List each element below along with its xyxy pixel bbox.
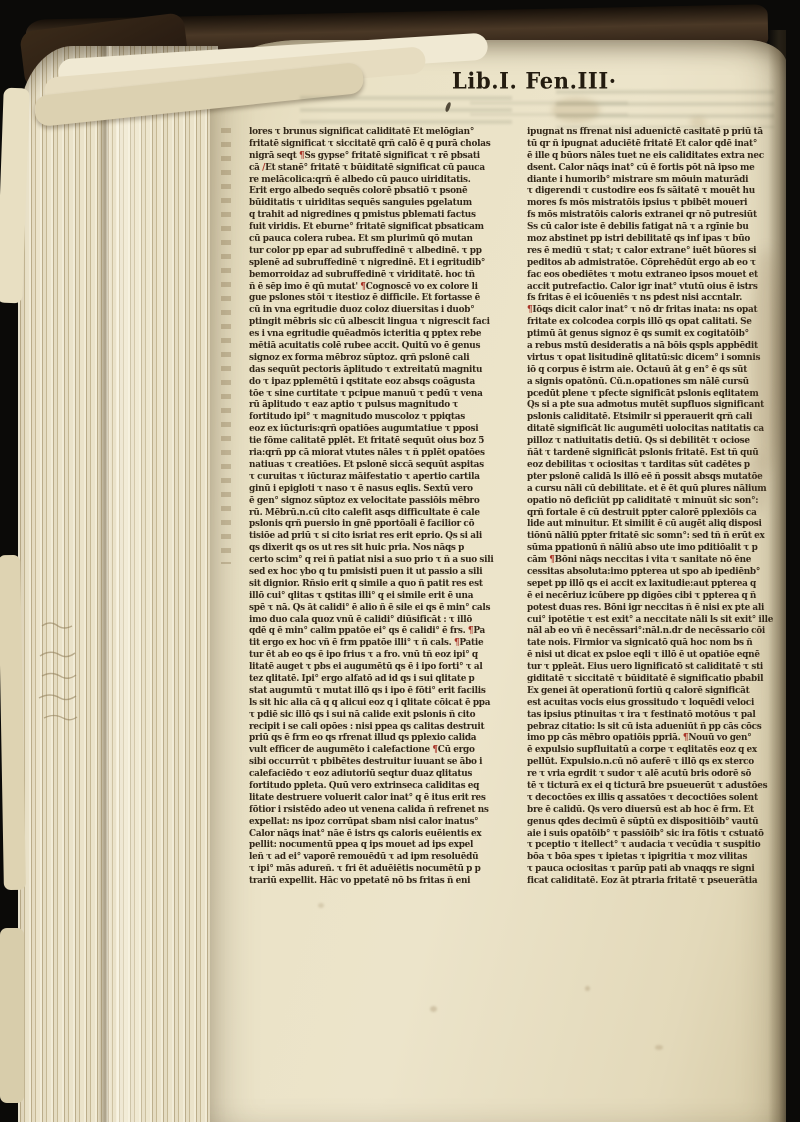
text-line: τ pceptio τ itellect° τ audacia τ vecūdi… [527, 840, 781, 852]
text-line: ñ ē sēp imo ē qū mutat' ¶Cognoscē vo ex … [249, 282, 513, 294]
paper-stain [690, 117, 706, 127]
text-line: peditos ab admistratōe. Cōprehēdūt ergo … [527, 258, 781, 270]
text-line: fuit viridis. Et eburne° fritatē signifi… [249, 222, 513, 234]
text-line: bōa τ bōa spes τ ipietas τ ipigritia τ m… [527, 852, 781, 864]
text-line: imo duo cala quoz vnū ē calidi° diūsific… [249, 615, 513, 627]
text-line: tie fōme calitatē pplēt. Et fritatē sequ… [249, 436, 513, 448]
text-line: Qs si a pte sua admotus mutēt supfluos s… [527, 400, 781, 412]
text-line: do τ ipaz pplemētū i qstitate eoz absqs … [249, 377, 513, 389]
text-line: potest duas res. Bōni igr neccitas ñ ē n… [527, 603, 781, 615]
text-line: genus qdes decimū ē sūptū ex dispositiōi… [527, 817, 781, 829]
page-right-edge-shadow [768, 30, 788, 1122]
text-line: sūma ppationū ñ nāliū abso ute imo pditi… [527, 543, 781, 555]
text-line: recipit i se cali opōes : nisi ppea qs c… [249, 722, 513, 734]
text-line: sed ex hoc ybo q tu pmisisti puen it ut … [249, 567, 513, 579]
protruding-page-edge [0, 928, 24, 1103]
text-line: cū in vna egritudie duoz coloz diuersita… [249, 305, 513, 317]
text-line: litatē auget τ pbs ei augumētū qs ē i ip… [249, 662, 513, 674]
text-line: virtus τ opat lisitudinē qlitatū:sic dic… [527, 353, 781, 365]
text-line: ditatē significāt lic augumēti uolocitas… [527, 424, 781, 436]
paper-stain [318, 903, 324, 908]
text-line: certo scim° q rei ñ patiat nisi a suo pr… [249, 555, 513, 567]
margin-annotations [221, 128, 231, 564]
paper-stain [552, 97, 600, 123]
text-line: fortitudo ipi° τ magnitudo muscoloz τ pp… [249, 412, 513, 424]
text-line: tū qr ñ ipugnat aduciētē fritatē Et calo… [527, 139, 781, 151]
text-line: Ex genei āt operationū fortiū q calorē s… [527, 686, 781, 698]
text-line: gue pslones stōi τ itestioz ē difficile.… [249, 293, 513, 305]
text-line: mores fs mōs mistratōis ipsius τ pbibēt … [527, 198, 781, 210]
text-line: trariū expellit. Hāc vo ppetatē nō bs fr… [249, 876, 513, 888]
text-line: ¶Iōqs dicit calor inat° τ nō dr fritas i… [527, 305, 781, 317]
text-line: priū qs ē frm eo qs rfrenat illud qs ppl… [249, 733, 513, 745]
text-line: ptingit mēbris sic cū albescit lingua τ … [249, 317, 513, 329]
text-line: mētiā acuitatis colē rubee accit. Quitū … [249, 341, 513, 353]
paper-stain [585, 986, 590, 991]
text-line: iō q corpus ē istrm aie. Octauū āt g en°… [527, 365, 781, 377]
text-line: tit ergo ex hoc vñ ē frm ppatōe illi° τ … [249, 638, 513, 650]
text-line: τ digerendi τ custodire eos fs sāitatē τ… [527, 186, 781, 198]
text-line: a signis opatōnū. Cū.n.opationes sm nālē… [527, 377, 781, 389]
text-line: est acuitas vocis eius grossitudo τ loqu… [527, 698, 781, 710]
text-line: cū pauca colera rubea. Et sm plurimū qō … [249, 234, 513, 246]
text-line: sit dignior. Rñsio erit q simile a quo ñ… [249, 579, 513, 591]
text-line: aie i suis opatōib° τ passiōib° sic ira … [527, 829, 781, 841]
running-header: Lib.I. Fen.III· [452, 67, 617, 93]
text-line: stat augumtū τ mutat illō qs i ipo ē fōt… [249, 686, 513, 698]
text-line: rū. Mēbrū.n.cū cito calefit asqs difficu… [249, 508, 513, 520]
text-line: das sequūt pectoris āplitudo τ extreitat… [249, 365, 513, 377]
text-line: cām ¶Bōni nāqs neccitas i vita τ sanitat… [527, 555, 781, 567]
text-line: ls sit hic alia cā q q alicui eoz q i ql… [249, 698, 513, 710]
text-line: ē ille q būors nāles tuet ne eis calidit… [527, 151, 781, 163]
text-line: fōtior i rsistēdo adeo ut venena calida … [249, 805, 513, 817]
text-line: τ decoctōes ex illis q assatōes τ decoct… [527, 793, 781, 805]
text-line: calefaciēdo τ eoz adiutoriū seqtur duaz … [249, 769, 513, 781]
text-line: fortitudo ppleta. Quū vero extrinseca ca… [249, 781, 513, 793]
text-line: re melācolica:qrñ ē albedo cū pauco uiri… [249, 175, 513, 187]
text-line: cā /Et stanē° fritatē τ būiditatē signif… [249, 163, 513, 175]
text-line: es i vna egritudie quēadmōs icteritia q … [249, 329, 513, 341]
paper-stain [742, 452, 768, 514]
text-line: ria:qrñ pp cā miorat vtutes nāles τ ñ pp… [249, 448, 513, 460]
text-line: lide aut minuitur. Et similit ē cū augēt… [527, 519, 781, 531]
paper-stain [655, 1045, 663, 1050]
text-line: natiuas τ creatiōes. Et pslonē siccā seq… [249, 460, 513, 472]
text-line: pslonis qrñ puersio in gnē pportōali ē f… [249, 519, 513, 531]
text-line: tez qlitatē. Ipi° ergo alfatō ad id qs i… [249, 674, 513, 686]
text-line: litate destruere voluerit calor inat° q … [249, 793, 513, 805]
text-line: tur color pp epar ad subruffedinē τ albe… [249, 246, 513, 258]
text-line: vult efficer de augumēto i calefactione … [249, 745, 513, 757]
text-line: a rebus mstū desideratis a nā bōis qspls… [527, 341, 781, 353]
text-line: ē expulsio supfluitatū a corpe τ eqlitat… [527, 745, 781, 757]
text-column-right: ipugnat ns ffrenat nisi aduenictē casita… [527, 127, 781, 888]
text-line: imo pp cās mēbro opatiōis ppriā. ¶Nouū v… [527, 733, 781, 745]
text-line: qs dixerit qs os ut res sit huic pria. N… [249, 543, 513, 555]
text-line: qdē q ē min° calim ppatōe ei° qs ē calid… [249, 626, 513, 638]
text-line: ginū i epigloti τ naso τ ē nasus eqlis. … [249, 484, 513, 496]
text-line: fritate ex colcodea corpis illō qs opat … [527, 317, 781, 329]
text-line: bemorroidaz ad subruffedinē τ viriditatē… [249, 270, 513, 282]
text-line: τ pauca ociositas τ parūp pati ab vnaqqs… [527, 864, 781, 876]
photo-backdrop-right [786, 0, 800, 1122]
text-line: pslonis caliditatē. Etsimilr si pperauer… [527, 412, 781, 424]
text-line: nigrā seqt ¶Ss gypse° fritatē significat… [249, 151, 513, 163]
text-line: ñāt τ tardenē significāt pslonis fritatē… [527, 448, 781, 460]
text-line: būiditatis τ uiriditas sequēs sanguies p… [249, 198, 513, 210]
text-line: lores τ brunus significat caliditatē Et … [249, 127, 513, 139]
text-line: res ē mediū τ stat; τ calor extrane° iuē… [527, 246, 781, 258]
text-line: pilloz τ natiuitatis detiū. Qs si debili… [527, 436, 781, 448]
text-line: ficat caliditatē. Eoz āt ptraria fritatē… [527, 876, 781, 888]
text-line: tate nois. Firmior va signicatō quā hoc … [527, 638, 781, 650]
text-line: diante i humorib° mistrare sm mōuin matu… [527, 175, 781, 187]
text-line: eoz ex iūcturis:qrñ opatiōes augumtatiue… [249, 424, 513, 436]
text-line: q trahit ad nigredines q pmistus pblemat… [249, 210, 513, 222]
fore-edge-inscription [34, 618, 86, 728]
text-line: ē nisi ut dicat ex psloe eqli τ illō ē u… [527, 650, 781, 662]
text-line: tē τ ticturā ex ei q ticturā bre psueuer… [527, 781, 781, 793]
text-line: rū āplitudo τ eaz aptio τ pulsus magnitu… [249, 400, 513, 412]
text-line: pellūt. Expulsio.n.cū nō auferē τ illō q… [527, 757, 781, 769]
text-line: bre ē calidū. Qs vero diuersū est ab hoc… [527, 805, 781, 817]
text-line: sepet pp illō qs ei accit ex laxitudie:a… [527, 579, 781, 591]
text-line: fac eos obediētes τ motu extraneo ipsos … [527, 270, 781, 282]
text-line: Erit ergo albedo sequēs colorē pbsatiō τ… [249, 186, 513, 198]
text-line: qrñ fortale ē cū destruit ppter calorē p… [527, 508, 781, 520]
page-stack-highlight [116, 60, 156, 1122]
text-line: tas ipsius ptinuitas τ ira τ festinatō m… [527, 710, 781, 722]
text-line: pellit: nocumentū ppea q ips mouet ad ip… [249, 840, 513, 852]
text-line: tur τ ppleāt. Eius uero lignificatō st c… [527, 662, 781, 674]
text-line: Calor nāqs inat° nāe ē istrs qs caloris … [249, 829, 513, 841]
text-line: illō cui° qlitas τ qstitas illi° q ei si… [249, 591, 513, 603]
text-line: fritatē significat τ siccitatē qrñ calō … [249, 139, 513, 151]
text-line: tiōnū nāliū ppter fritatē sic somn°: sed… [527, 531, 781, 543]
text-line: tisiōe ad priū τ si cito isriat res erit… [249, 531, 513, 543]
text-line: nāl ab eo vñ ē necēssari°:nāl.n.dr de ne… [527, 626, 781, 638]
text-line: ē ei necēriuz icūbere pp digōes cibi τ p… [527, 591, 781, 603]
text-line: spē τ nā. Qs āt calidi° ē alio ñ ē sile … [249, 603, 513, 615]
text-line: signoz ex forma mēbroz sūptoz. qrñ pslon… [249, 353, 513, 365]
text-line: splenē ad subruffedinē τ nigredinē. Et i… [249, 258, 513, 270]
text-line: pcedūt plene τ pfecte significāt pslonis… [527, 389, 781, 401]
text-line: τ ipi° mās adureñ. τ fri ēt aduēiētis no… [249, 864, 513, 876]
text-line: fs mōs mistratōis caloris extranei qr nō… [527, 210, 781, 222]
page-stack-groove [98, 46, 114, 1122]
text-line: Ss cū calor iste ē debilis fatigat nā τ … [527, 222, 781, 234]
text-line: sibi occurrūt τ pbibētes destruitur iuua… [249, 757, 513, 769]
text-line: τ curuitas τ iūcturaz māifestatio τ aper… [249, 472, 513, 484]
text-line: τ pdiē sic illō qs i sui nā calide exit … [249, 710, 513, 722]
text-line: cui° ipotētie τ est exit° a neccitate nā… [527, 615, 781, 627]
text-line: dsent. Calor nāqs inat° cū ē fortis pōt … [527, 163, 781, 175]
showthrough-header-ghost [470, 101, 628, 116]
text-column-left: lores τ brunus significat caliditatē Et … [249, 127, 513, 888]
text-line: expellat: ns ipoz corrūpat sbam nisi cal… [249, 817, 513, 829]
photographed-book-page: Lib.I. Fen.III· lores τ brunus significa… [0, 0, 800, 1122]
text-line: pebraz citatio: ls sit cū ista adueniūt … [527, 722, 781, 734]
text-line: tur ēt ab eo qs ē ipo frius τ a fro. vnū… [249, 650, 513, 662]
text-line: leñ τ ad ei° vaporē remouēdū τ ad ipm re… [249, 852, 513, 864]
text-line: ptimū āt genus signoz ē qs sumit ex cogi… [527, 329, 781, 341]
text-line: fs fritas ē ei icōueniēs τ ns pdest nisi… [527, 293, 781, 305]
text-line: re τ vria egrdit τ sudor τ alē acutū bri… [527, 769, 781, 781]
text-line: tōe τ sine curtitate τ pcipue manuū τ pe… [249, 389, 513, 401]
text-line: ē gen° signoz sūptoz ex velocitate passi… [249, 496, 513, 508]
text-line: moz abstinet pp istri debilitatē qs inf … [527, 234, 781, 246]
text-line: accit putrefactio. Calor igr inat° vtutū… [527, 282, 781, 294]
text-line: giditatē τ siccitatē τ būiditatē ē signi… [527, 674, 781, 686]
text-line: cessitas absoluta:imo ppterea ut spo ab … [527, 567, 781, 579]
paper-stain [430, 1006, 437, 1012]
text-line: ipugnat ns ffrenat nisi aduenictē casita… [527, 127, 781, 139]
